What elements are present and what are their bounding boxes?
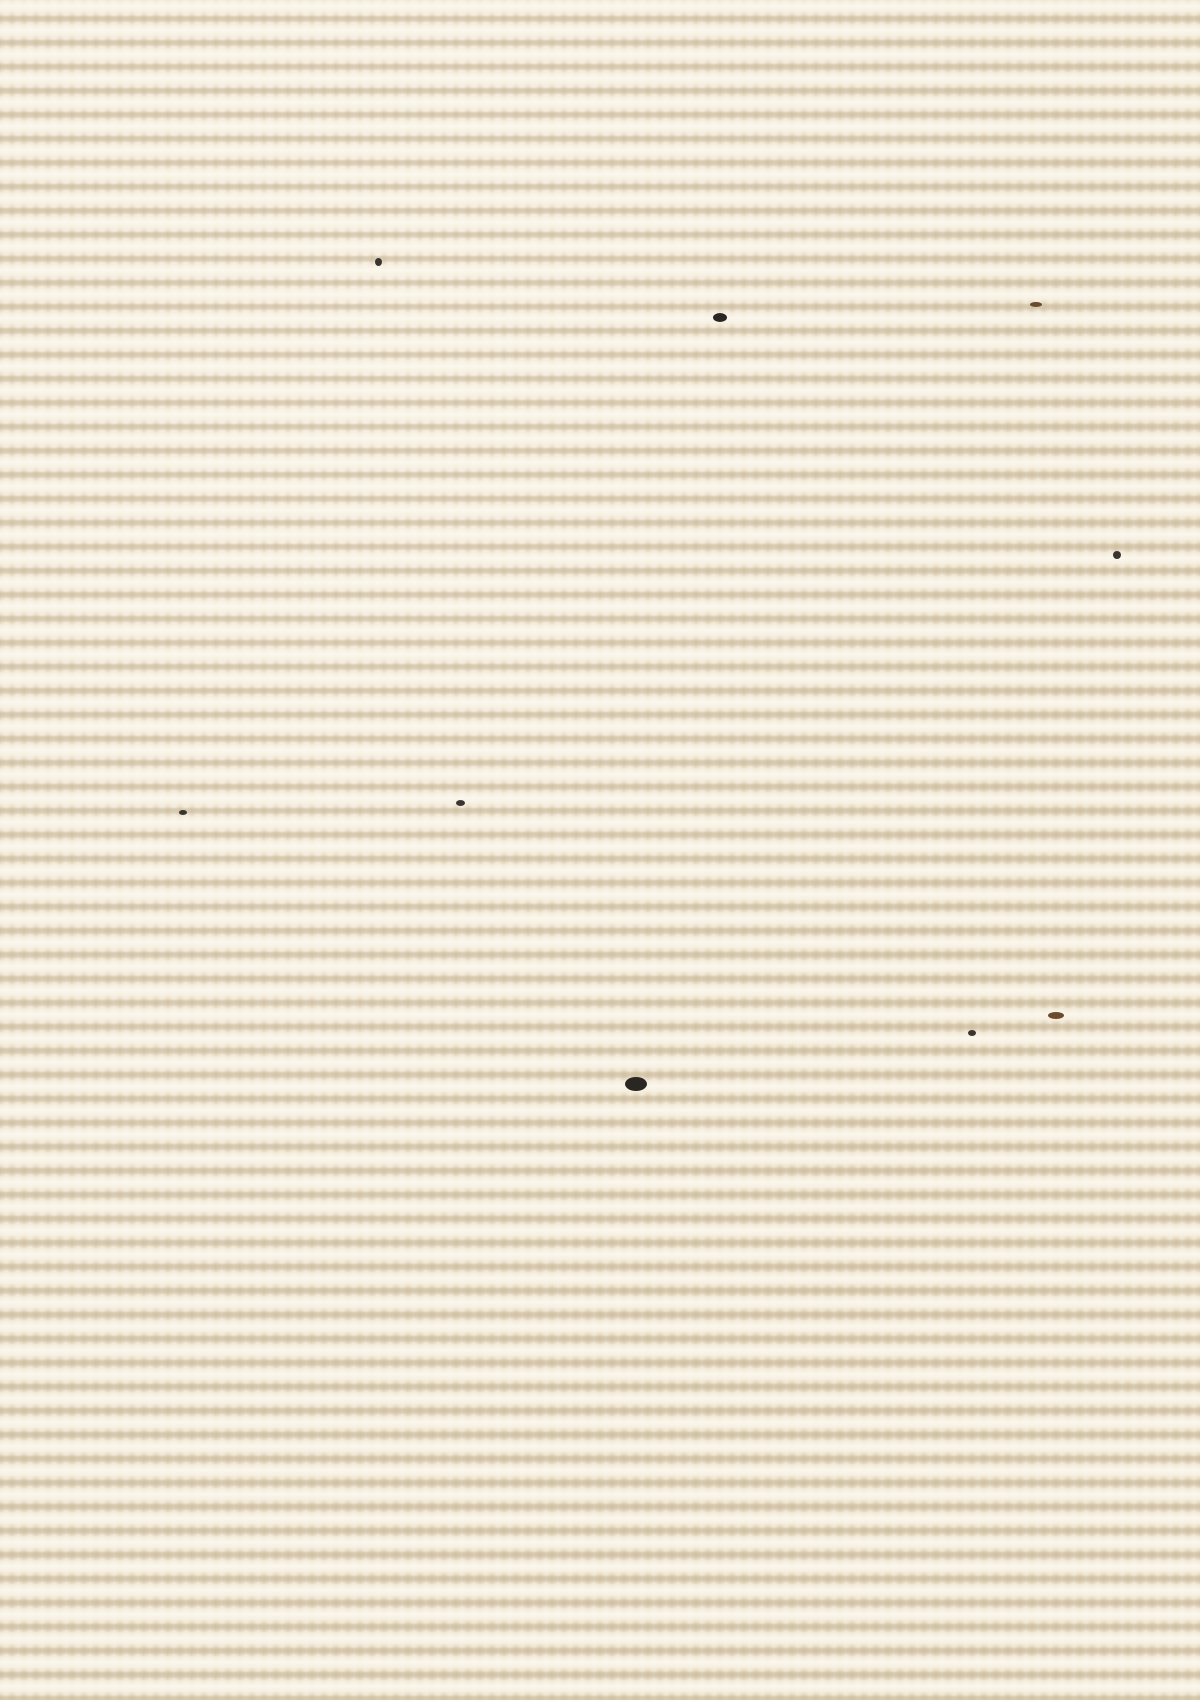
fiber-speck xyxy=(968,1030,976,1036)
fiber-speck xyxy=(375,258,382,266)
fiber-speck xyxy=(1030,302,1042,307)
fiber-speck xyxy=(1113,551,1121,559)
carpet-texture-photo xyxy=(0,0,1200,1700)
fiber-speck xyxy=(713,313,727,322)
fiber-speck xyxy=(1048,1012,1064,1019)
fiber-speck xyxy=(625,1077,647,1091)
fiber-speck xyxy=(456,800,465,806)
fiber-speck xyxy=(179,810,187,815)
